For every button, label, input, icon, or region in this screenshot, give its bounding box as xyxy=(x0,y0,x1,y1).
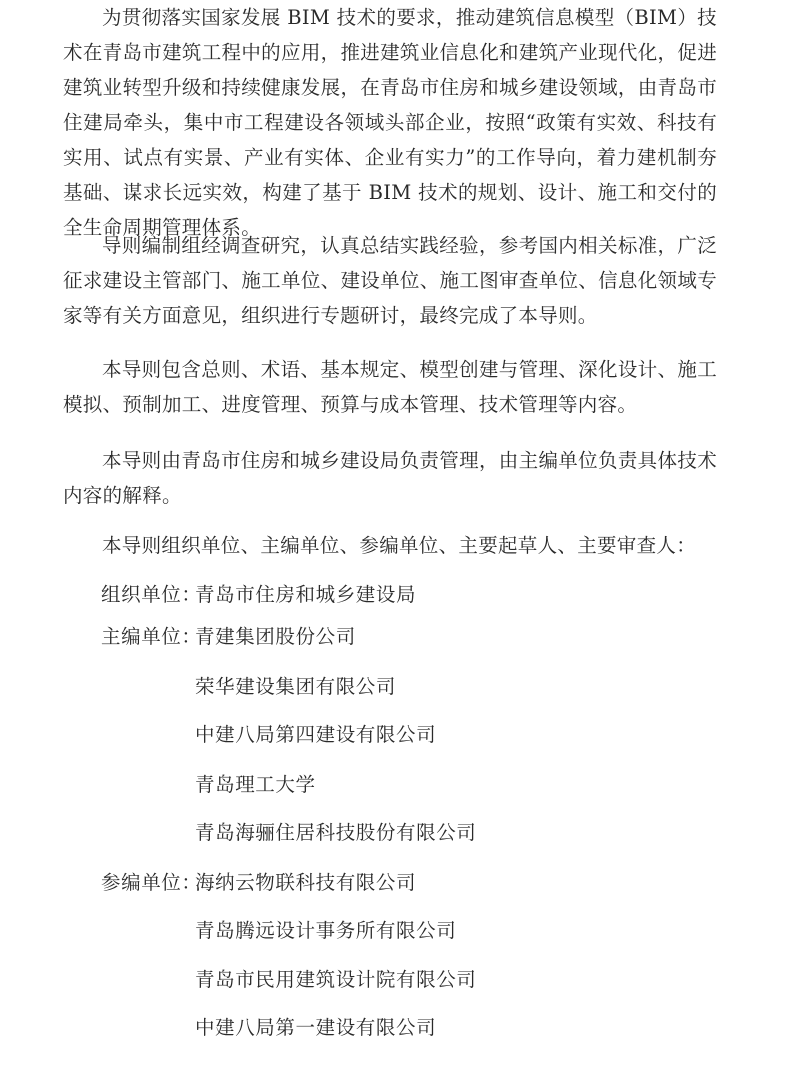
chief-editor-unit: 青岛理工大学 xyxy=(195,771,316,799)
paragraph-compilation: 导则编制组经调查研究，认真总结实践经验，参考国内相关标准，广泛征求建设主管部门、… xyxy=(63,228,717,333)
participating-unit: 青岛市民用建筑设计院有限公司 xyxy=(195,966,476,994)
organizing-unit-label: 组织单位： xyxy=(101,581,195,609)
organizing-unit-row: 组织单位：青岛市住房和城乡建设局 xyxy=(101,581,416,609)
paragraph-contents: 本导则包含总则、术语、基本规定、模型创建与管理、深化设计、施工模拟、预制加工、进… xyxy=(63,352,717,422)
paragraph-units-intro: 本导则组织单位、主编单位、参编单位、主要起草人、主要审查人： xyxy=(63,528,717,563)
document-page: 为贯彻落实国家发展 BIM 技术的要求，推动建筑信息模型（BIM）技术在青岛市建… xyxy=(0,0,800,1089)
chief-editor-label: 主编单位： xyxy=(101,623,195,651)
chief-editor-row: 主编单位：青建集团股份公司 xyxy=(101,623,356,651)
chief-editor-unit: 荣华建设集团有限公司 xyxy=(195,673,396,701)
participating-units-row: 参编单位：海纳云物联科技有限公司 xyxy=(101,869,416,897)
participating-unit: 青岛腾远设计事务所有限公司 xyxy=(195,917,456,945)
participating-units-label: 参编单位： xyxy=(101,869,195,897)
chief-editor-unit: 中建八局第四建设有限公司 xyxy=(195,721,436,749)
paragraph-management: 本导则由青岛市住房和城乡建设局负责管理，由主编单位负责具体技术内容的解释。 xyxy=(63,443,717,513)
participating-unit: 海纳云物联科技有限公司 xyxy=(195,869,416,897)
paragraph-background: 为贯彻落实国家发展 BIM 技术的要求，推动建筑信息模型（BIM）技术在青岛市建… xyxy=(63,0,717,245)
chief-editor-unit: 青岛海骊住居科技股份有限公司 xyxy=(195,819,476,847)
organizing-unit-value: 青岛市住房和城乡建设局 xyxy=(195,581,416,609)
participating-unit: 中建八局第一建设有限公司 xyxy=(195,1014,436,1042)
chief-editor-unit: 青建集团股份公司 xyxy=(195,623,356,651)
